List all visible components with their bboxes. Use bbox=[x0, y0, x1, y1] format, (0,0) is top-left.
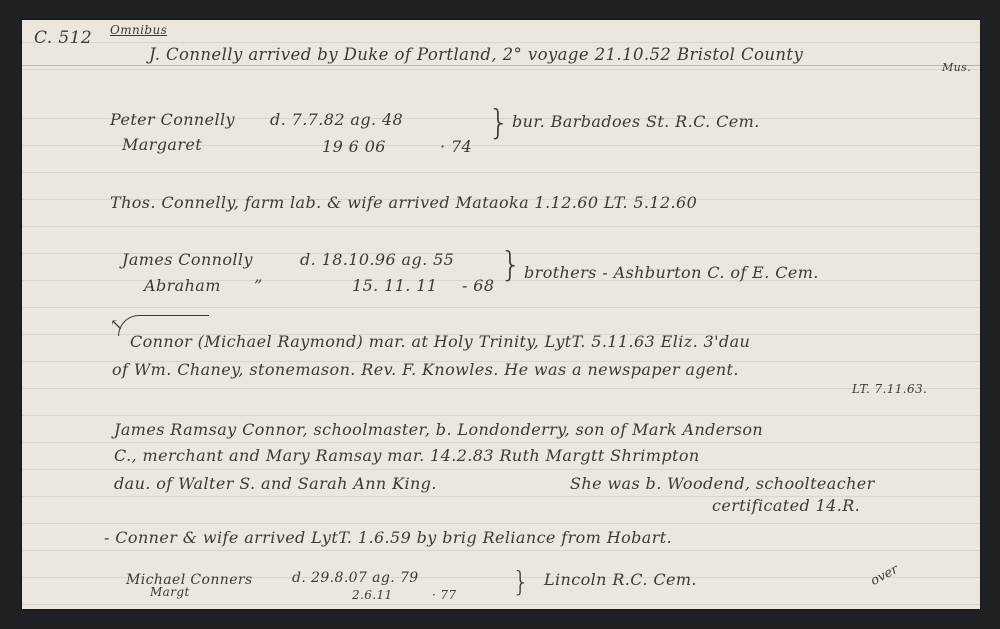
abraham-age: - 68 bbox=[462, 276, 494, 295]
james-ramsay-line3-right: She was b. Woodend, schoolteacher bbox=[570, 474, 875, 493]
james-ramsay-line1: James Ramsay Connor, schoolmaster, b. Lo… bbox=[114, 420, 763, 439]
header-line: J. Connelly arrived by Duke of Portland,… bbox=[149, 45, 803, 64]
card-category: Omnibus bbox=[110, 23, 167, 37]
thos-entry: Thos. Connelly, farm lab. & wife arrived… bbox=[110, 193, 697, 212]
ditto-mark: ” bbox=[254, 276, 263, 295]
over-mark: over bbox=[868, 562, 901, 589]
michael-conners-burial: Lincoln R.C. Cem. bbox=[544, 570, 697, 589]
abraham-name: Abraham bbox=[144, 276, 221, 295]
abraham-death: 15. 11. 11 bbox=[352, 276, 437, 295]
connor-michael-line2: of Wm. Chaney, stonemason. Rev. F. Knowl… bbox=[112, 360, 739, 379]
marg-death: 2.6.11 bbox=[352, 588, 393, 602]
james-ramsay-line3: dau. of Walter S. and Sarah Ann King. bbox=[114, 474, 437, 493]
james-ramsay-line4: certificated 14.R. bbox=[712, 496, 860, 515]
peter-death: d. 7.7.82 ag. 48 bbox=[270, 110, 403, 129]
james-death: d. 18.10.96 ag. 55 bbox=[300, 250, 454, 269]
brace: } bbox=[500, 248, 522, 282]
header-line-tail: Mus. bbox=[942, 61, 971, 74]
brace: } bbox=[512, 565, 530, 599]
james-name: James Connolly bbox=[122, 250, 253, 269]
connor-michael-source: LT. 7.11.63. bbox=[852, 382, 927, 396]
peter-burial: bur. Barbadoes St. R.C. Cem. bbox=[512, 112, 760, 131]
marg-name: Margt bbox=[150, 585, 190, 599]
james-note: brothers - Ashburton C. of E. Cem. bbox=[524, 263, 819, 282]
connor-michael-line1: Connor (Michael Raymond) mar. at Holy Tr… bbox=[130, 332, 750, 351]
james-ramsay-line2: C., merchant and Mary Ramsay mar. 14.2.8… bbox=[114, 446, 700, 465]
marg-age: · 77 bbox=[432, 588, 457, 602]
conner-wife-entry: - Conner & wife arrived LytT. 1.6.59 by … bbox=[104, 528, 672, 547]
card-reference: C. 512 bbox=[34, 28, 92, 48]
index-card: C. 512 Omnibus J. Connelly arrived by Du… bbox=[22, 20, 980, 609]
margaret-death: 19 6 06 bbox=[322, 137, 386, 156]
header-rule bbox=[22, 65, 980, 66]
margaret-name: Margaret bbox=[122, 135, 202, 154]
peter-name: Peter Connelly bbox=[110, 110, 235, 129]
margaret-age: · 74 bbox=[440, 137, 472, 156]
brace: } bbox=[488, 106, 510, 140]
michael-conners-death: d. 29.8.07 ag. 79 bbox=[292, 570, 419, 586]
